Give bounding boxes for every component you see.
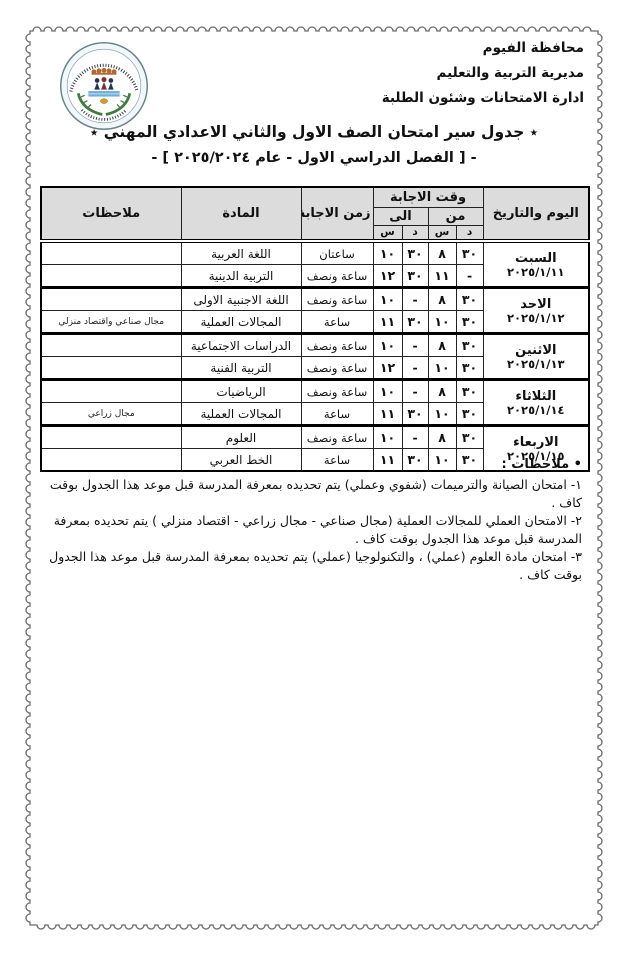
day-cell: الاحد ٢٠٢٥/١/١٢ (483, 288, 589, 334)
subject-cell: الدراسات الاجتماعية (181, 334, 301, 357)
footer-notes-section: • ملاحظات : ١- امتحان الصيانة والترميمات… (40, 456, 582, 584)
note-cell (41, 288, 181, 311)
col-header-to-minutes: د (402, 225, 428, 241)
day-name: الثلاثاء (486, 389, 587, 404)
day-date: ٢٠٢٥/١/١٢ (486, 312, 587, 325)
from-minutes-cell: ٣٠ (456, 334, 483, 357)
document-subtitle: - [ الفصل الدراسي الاول - عام ٢٠٢٥/٢٠٢٤ … (35, 150, 593, 166)
day-name: الاحد (486, 297, 587, 312)
subject-cell: العلوم (181, 426, 301, 449)
from-minutes-cell: ٣٠ (456, 311, 483, 334)
document-title: ٭ جدول سير امتحان الصف الاول والثاني الا… (35, 123, 593, 141)
exam-row: الاحد ٢٠٢٥/١/١٢ ٣٠ ٨ - ١٠ ساعة ونصف اللغ… (41, 288, 589, 311)
col-header-from-minutes: د (456, 225, 483, 241)
ministry-seal-logo (58, 40, 150, 132)
document-page: محافظة الفيوم مديرية التربية والتعليم اد… (0, 0, 628, 960)
note-cell (41, 241, 181, 265)
subject-cell: اللغة العربية (181, 241, 301, 265)
to-minutes-cell: ٣٠ (402, 265, 428, 288)
from-minutes-cell: ٣٠ (456, 380, 483, 403)
note-cell (41, 380, 181, 403)
from-minutes-cell: - (456, 265, 483, 288)
from-minutes-cell: ٣٠ (456, 288, 483, 311)
col-header-day-date: اليوم والتاريخ (483, 187, 589, 241)
org-line-exams-admin: ادارة الامتحانات وشئون الطلبة (382, 86, 584, 111)
note-cell (41, 334, 181, 357)
duration-cell: ساعة ونصف (301, 357, 373, 380)
note-cell (41, 426, 181, 449)
day-date: ٢٠٢٥/١/١١ (486, 266, 587, 279)
to-hours-cell: ١٠ (373, 380, 402, 403)
exam-row: الثلاثاء ٢٠٢٥/١/١٤ ٣٠ ٨ - ١٠ ساعة ونصف ا… (41, 380, 589, 403)
org-line-directorate: مديرية التربية والتعليم (382, 61, 584, 86)
note-cell (41, 357, 181, 380)
duration-cell: ساعة ونصف (301, 334, 373, 357)
to-hours-cell: ١١ (373, 403, 402, 426)
day-cell: السبت ٢٠٢٥/١/١١ (483, 241, 589, 288)
day-name: الاثنين (486, 343, 587, 358)
from-hours-cell: ٨ (428, 288, 456, 311)
col-header-to: الى (373, 207, 428, 225)
col-header-from-hours: س (428, 225, 456, 241)
from-hours-cell: ١٠ (428, 311, 456, 334)
from-hours-cell: ٨ (428, 380, 456, 403)
duration-cell: ساعة ونصف (301, 265, 373, 288)
to-minutes-cell: - (402, 288, 428, 311)
exam-row: الاربعاء ٢٠٢٥/١/١٥ ٣٠ ٨ - ١٠ ساعة ونصف ا… (41, 426, 589, 449)
col-header-duration: زمن الاجابة (301, 187, 373, 241)
to-minutes-cell: - (402, 357, 428, 380)
day-cell: الثلاثاء ٢٠٢٥/١/١٤ (483, 380, 589, 426)
day-name: السبت (486, 251, 587, 266)
day-date: ٢٠٢٥/١/١٣ (486, 358, 587, 371)
to-hours-cell: ١١ (373, 311, 402, 334)
note-item-2: ٢- الامتحان العملي للمجالات العملية (مجا… (40, 512, 582, 548)
seal-water-band (88, 91, 119, 97)
subject-cell: المجالات العملية (181, 311, 301, 334)
subject-cell: التربية الدينية (181, 265, 301, 288)
subject-cell: اللغة الاجنبية الاولى (181, 288, 301, 311)
day-date: ٢٠٢٥/١/١٤ (486, 404, 587, 417)
to-hours-cell: ١٢ (373, 265, 402, 288)
org-line-governorate: محافظة الفيوم (382, 36, 584, 61)
to-hours-cell: ١٠ (373, 334, 402, 357)
to-hours-cell: ١٠ (373, 241, 402, 265)
seal-gold-emblem (100, 99, 107, 104)
duration-cell: ساعتان (301, 241, 373, 265)
from-hours-cell: ٨ (428, 426, 456, 449)
to-minutes-cell: ٣٠ (402, 241, 428, 265)
seal-figures (94, 77, 113, 90)
col-header-from: من (428, 207, 483, 225)
col-header-notes: ملاحظات (41, 187, 181, 241)
from-minutes-cell: ٣٠ (456, 426, 483, 449)
to-minutes-cell: - (402, 426, 428, 449)
from-hours-cell: ١٠ (428, 403, 456, 426)
note-item-1: ١- امتحان الصيانة والترميمات (شفوي وعملي… (40, 476, 582, 512)
exam-row: السبت ٢٠٢٥/١/١١ ٣٠ ٨ ٣٠ ١٠ ساعتان اللغة … (41, 241, 589, 265)
day-name: الاربعاء (486, 435, 587, 450)
duration-cell: ساعة ونصف (301, 288, 373, 311)
from-minutes-cell: ٣٠ (456, 403, 483, 426)
from-hours-cell: ٨ (428, 241, 456, 265)
subject-cell: المجالات العملية (181, 403, 301, 426)
col-header-to-hours: س (373, 225, 402, 241)
to-hours-cell: ١٢ (373, 357, 402, 380)
col-header-subject: المادة (181, 187, 301, 241)
notes-heading: • ملاحظات : (40, 456, 582, 474)
from-minutes-cell: ٣٠ (456, 357, 483, 380)
note-item-3: ٣- امتحان مادة العلوم (عملي) ، والتكنولو… (40, 548, 582, 584)
from-hours-cell: ١٠ (428, 357, 456, 380)
col-header-answer-time: وقت الاجابة (373, 187, 483, 207)
to-minutes-cell: - (402, 334, 428, 357)
duration-cell: ساعة ونصف (301, 426, 373, 449)
exam-row: الاثنين ٢٠٢٥/١/١٣ ٣٠ ٨ - ١٠ ساعة ونصف ال… (41, 334, 589, 357)
from-minutes-cell: ٣٠ (456, 241, 483, 265)
from-hours-cell: ٨ (428, 334, 456, 357)
duration-cell: ساعة (301, 311, 373, 334)
to-hours-cell: ١٠ (373, 288, 402, 311)
subject-cell: الرياضيات (181, 380, 301, 403)
from-hours-cell: ١١ (428, 265, 456, 288)
exam-schedule-table: اليوم والتاريخ وقت الاجابة زمن الاجابة ا… (40, 186, 590, 472)
note-cell: مجال صناعي واقتصاد منزلي (41, 311, 181, 334)
to-minutes-cell: ٣٠ (402, 403, 428, 426)
to-minutes-cell: - (402, 380, 428, 403)
note-cell: مجال زراعي (41, 403, 181, 426)
day-cell: الاثنين ٢٠٢٥/١/١٣ (483, 334, 589, 380)
note-cell (41, 265, 181, 288)
duration-cell: ساعة ونصف (301, 380, 373, 403)
to-hours-cell: ١٠ (373, 426, 402, 449)
subject-cell: التربية الفنية (181, 357, 301, 380)
org-header: محافظة الفيوم مديرية التربية والتعليم اد… (382, 36, 584, 111)
duration-cell: ساعة (301, 403, 373, 426)
to-minutes-cell: ٣٠ (402, 311, 428, 334)
